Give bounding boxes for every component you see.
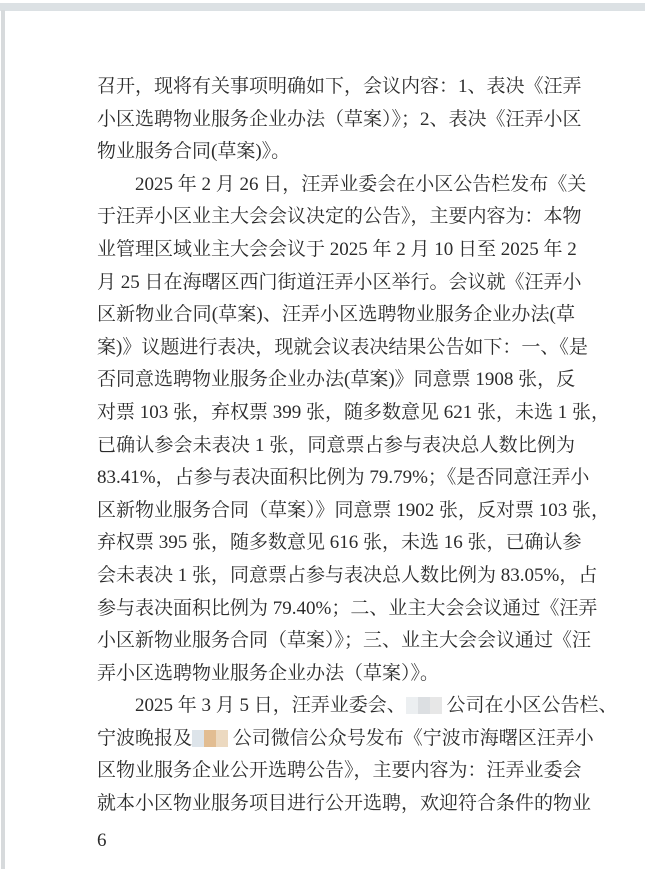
text-segment: 公司在小区公告栏、	[442, 695, 618, 716]
text-line: 区新物业服务合同（草案）》同意票 1902 张，反对票 103 张，	[97, 495, 575, 528]
text-line: 区物业服务企业公开选聘公告》，主要内容为：汪弄业委会	[97, 755, 575, 788]
redaction-mosaic	[406, 697, 442, 714]
text-line: 已确认参会未表决 1 张，同意票占参与表决总人数比例为	[97, 430, 575, 463]
document-page: 召开，现将有关事项明确如下，会议内容：1、表决《汪弄 小区选聘物业服务企业办法（…	[0, 0, 645, 869]
text-line: 弄小区选聘物业服务企业办法（草案）》。	[97, 658, 575, 691]
text-line: 83.41%，占参与表决面积比例为 79.79%；《是否同意汪弄小	[97, 462, 575, 495]
text-line: 案)》议题进行表决，现就会议表决结果公告如下：一、《是	[97, 332, 575, 365]
page-number: 6	[97, 828, 107, 854]
text-line: 弃权票 395 张，随多数意见 616 张，未选 16 张，已确认参	[97, 527, 575, 560]
text-line: 月 25 日在海曙区西门街道汪弄小区举行。会议就《汪弄小	[97, 267, 575, 300]
text-line-redacted: 宁波晚报及 公司微信公众号发布《宁波市海曙区汪弄小	[97, 723, 575, 756]
text-segment: 宁波晚报及	[97, 728, 192, 749]
scan-edge-left	[1, 10, 5, 869]
text-line: 召开，现将有关事项明确如下，会议内容：1、表决《汪弄	[97, 71, 575, 104]
text-line: 物业服务合同(草案)》。	[97, 136, 575, 169]
text-line: 于汪弄小区业主大会会议决定的公告》，主要内容为：本物	[97, 201, 575, 234]
text-line: 业管理区域业主大会会议于 2025 年 2 月 10 日至 2025 年 2	[97, 234, 575, 267]
text-line: 2025 年 2 月 26 日，汪弄业委会在小区公告栏发布《关	[97, 169, 575, 202]
body-text: 召开，现将有关事项明确如下，会议内容：1、表决《汪弄 小区选聘物业服务企业办法（…	[97, 71, 575, 821]
text-line: 就本小区物业服务项目进行公开选聘，欢迎符合条件的物业	[97, 788, 575, 821]
text-line: 否同意选聘物业服务企业办法(草案)》同意票 1908 张，反	[97, 364, 575, 397]
text-line: 对票 103 张，弃权票 399 张，随多数意见 621 张，未选 1 张，	[97, 397, 575, 430]
scan-edge-top	[0, 3, 645, 11]
text-segment: 2025 年 3 月 5 日，汪弄业委会、	[135, 695, 406, 716]
redaction-mosaic	[192, 730, 228, 747]
text-line: 小区选聘物业服务企业办法（草案）》；2、表决《汪弄小区	[97, 104, 575, 137]
text-segment: 公司微信公众号发布《宁波市海曙区汪弄小	[228, 728, 594, 749]
text-line: 区新物业合同(草案)、汪弄小区选聘物业服务企业办法(草	[97, 299, 575, 332]
text-line: 会未表决 1 张，同意票占参与表决总人数比例为 83.05%，占	[97, 560, 575, 593]
text-line-redacted: 2025 年 3 月 5 日，汪弄业委会、 公司在小区公告栏、	[97, 690, 575, 723]
text-line: 参与表决面积比例为 79.40%；二、业主大会会议通过《汪弄	[97, 593, 575, 626]
text-line: 小区新物业服务合同（草案）》；三、业主大会会议通过《汪	[97, 625, 575, 658]
